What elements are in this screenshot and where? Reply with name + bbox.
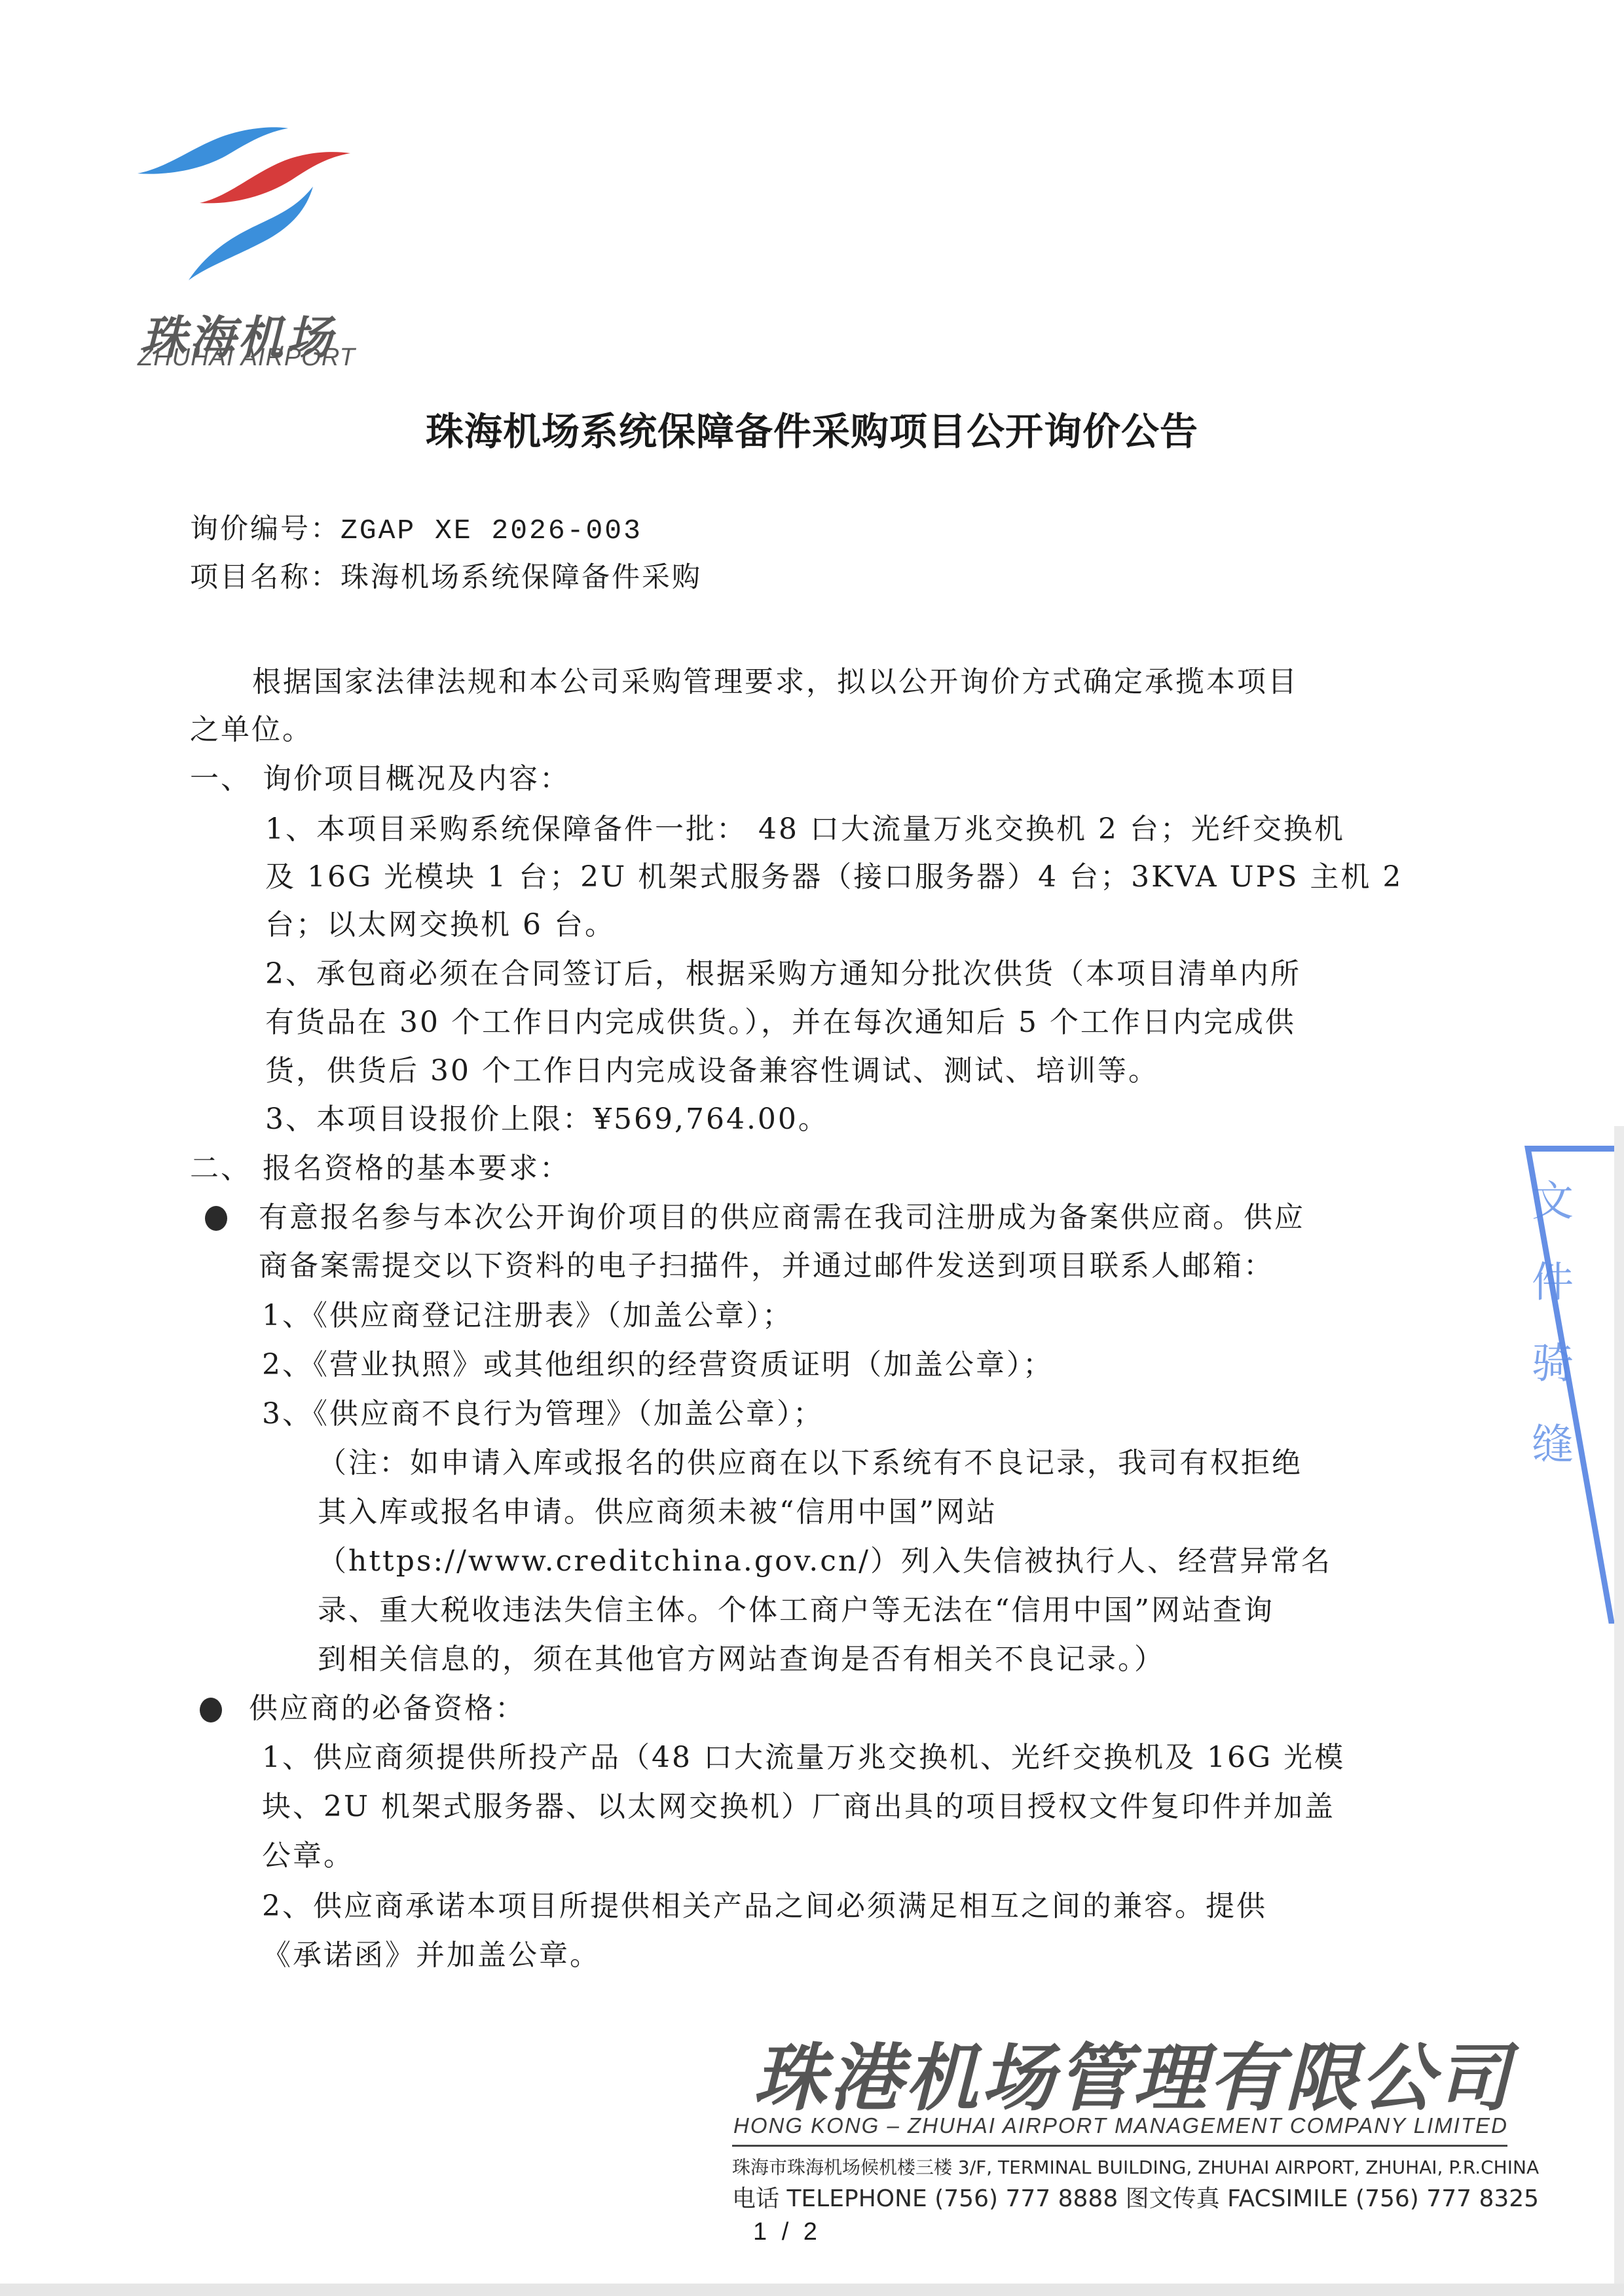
section-1-item-1-line-3: 台；以太网交换机 6 台。 (265, 905, 616, 945)
footer-telephone-fax: 电话 TELEPHONE (756) 777 8888 图文传真 FACSIMI… (732, 2180, 1539, 2214)
footer-address: 珠海市珠海机场候机楼三楼 3/F, TERMINAL BUILDING, ZHU… (732, 2153, 1539, 2179)
section-2-bullet-1-line-2: 商备案需提交以下资料的电子扫描件，并通过邮件发送到项目联系人邮箱： (259, 1247, 1274, 1286)
section-1-item-2-line-1: 2、承包商必须在合同签订后，根据采购方通知分批次供货（本项目清单内所 (265, 955, 1301, 994)
section-1-item-2-line-2: 有货品在 30 个工作日内完成供货。），并在每次通知后 5 个工作日内完成供 (265, 1003, 1296, 1042)
required-doc-1: 1、《供应商登记注册表》（加盖公章）； (262, 1296, 793, 1336)
logo-swoosh-icon (131, 118, 367, 308)
logo-english-name: ZHUHAI AIRPORT (138, 344, 356, 372)
intro-paragraph-line-2: 之单位。 (190, 710, 313, 750)
document-seal-stamp: 文件骑缝 采购部 (1506, 1126, 1624, 1624)
requirement-1-line-2: 块、2U 机架式服务器、以太网交换机）厂商出具的项目授权文件复印件并加盖 (262, 1787, 1335, 1827)
section-2-bullet-1-line-1: 有意报名参与本次公开询价项目的供应商需在我司注册成为备案供应商。供应 (259, 1198, 1305, 1237)
section-1-item-3-price-cap: 3、本项目设报价上限：¥569,764.00。 (265, 1100, 829, 1139)
bullet-icon (205, 1206, 227, 1231)
footer-company-name-en: HONG KONG – ZHUHAI AIRPORT MANAGEMENT CO… (733, 2113, 1508, 2138)
note-line-3-url: （https://www.creditchina.gov.cn/）列入失信被执行… (318, 1542, 1332, 1581)
section-2-bullet-2: 供应商的必备资格： (249, 1689, 526, 1728)
section-1-item-1-line-2: 及 16G 光模块 1 台；2U 机架式服务器（接口服务器）4 台；3KVA U… (265, 858, 1403, 897)
section-1-item-1-line-1: 1、本项目采购系统保障备件一批： 48 口大流量万兆交换机 2 台；光纤交换机 (265, 810, 1345, 849)
zhuhai-airport-logo: 珠海机场 ZHUHAI AIRPORT (131, 118, 367, 380)
document-title: 珠海机场系统保障备件采购项目公开询价公告 (0, 401, 1624, 456)
inquiry-number-value: ZGAP XE 2026-003 (341, 515, 642, 547)
footer-divider (732, 2145, 1507, 2147)
section-1-item-2-line-3: 货，供货后 30 个工作日内完成设备兼容性调试、测试、培训等。 (265, 1051, 1159, 1091)
inquiry-number-line: 询价编号：ZGAP XE 2026-003 (190, 509, 642, 551)
intro-paragraph-line-1: 根据国家法律法规和本公司采购管理要求，拟以公开询价方式确定承揽本项目 (252, 663, 1299, 702)
section-2-heading: 二、 报名资格的基本要求： (190, 1149, 570, 1188)
scan-edge (1614, 1126, 1624, 2296)
footer-company-name-cn: 珠港机场管理有限公司 (753, 2020, 1513, 2125)
project-name-label: 项目名称： (190, 561, 341, 594)
note-line-1: （注：如申请入库或报名的供应商在以下系统有不良记录，我司有权拒绝 (318, 1444, 1302, 1483)
note-line-4: 录、重大税收违法失信主体。个体工商户等无法在“信用中国”网站查询 (318, 1591, 1274, 1630)
project-name-line: 项目名称：珠海机场系统保障备件采购 (190, 558, 702, 597)
inquiry-number-label: 询价编号： (190, 513, 341, 545)
note-line-2: 其入库或报名申请。供应商须未被“信用中国”网站 (318, 1493, 997, 1532)
requirement-1-line-3: 公章。 (262, 1836, 354, 1876)
page-number: 1 / 2 (753, 2218, 821, 2246)
project-name-value: 珠海机场系统保障备件采购 (341, 561, 702, 594)
document-page: 珠海机场 ZHUHAI AIRPORT 珠海机场系统保障备件采购项目公开询价公告… (0, 0, 1624, 2296)
required-doc-2: 2、《营业执照》或其他组织的经营资质证明（加盖公章）； (262, 1345, 1054, 1385)
note-line-5: 到相关信息的，须在其他官方网站查询是否有相关不良记录。） (318, 1640, 1165, 1679)
required-doc-3: 3、《供应商不良行为管理》（加盖公章）； (262, 1394, 824, 1434)
section-1-heading: 一、 询价项目概况及内容： (190, 759, 570, 799)
requirement-2-line-1: 2、供应商承诺本项目所提供相关产品之间必须满足相互之间的兼容。提供 (262, 1887, 1267, 1926)
requirement-2-line-2: 《承诺函》并加盖公章。 (262, 1936, 600, 1975)
bullet-icon (200, 1698, 222, 1722)
requirement-1-line-1: 1、供应商须提供所投产品（48 口大流量万兆交换机、光纤交换机及 16G 光模 (262, 1738, 1345, 1777)
stamp-text-primary: 文件骑缝 (1559, 1178, 1598, 1503)
scan-bottom-edge (0, 2284, 1624, 2296)
